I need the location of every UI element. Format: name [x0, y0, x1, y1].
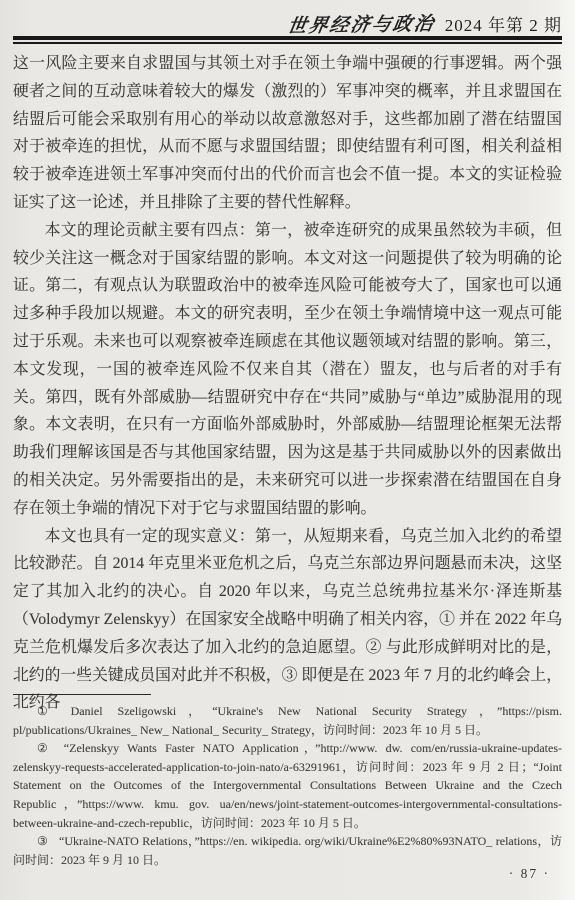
journal-title-calligraphy: 世界经济与政治 [285, 9, 437, 39]
header-divider-thick-line [13, 36, 562, 40]
footnote-item: ②“Zelenskyy Wants Faster NATO Applicatio… [13, 739, 562, 832]
header-divider-thin-line [13, 42, 562, 44]
page-header: 世界经济与政治2024 年第 2 期 [13, 10, 562, 37]
body-paragraph: 这一风险主要来自求盟国与其领土对手在领土争端中强硬的行事逻辑。两个强硬者之间的互… [13, 50, 562, 217]
body-paragraph: 本文的理论贡献主要有四点：第一，被牵连研究的成果虽然较为丰硕，但较少关注这一概念… [13, 217, 562, 523]
footnote-marker: ① [37, 704, 60, 718]
footnote-text: Daniel Szeligowski，“Ukraine's New Nation… [13, 704, 562, 737]
footnote-text: “Zelenskyy Wants Faster NATO Application… [13, 741, 562, 829]
issue-label: 2024 年第 2 期 [445, 11, 562, 36]
footnotes-block: ①Daniel Szeligowski，“Ukraine's New Natio… [13, 702, 562, 869]
footnote-text: “Ukraine-NATO Relations，”https://en. wik… [13, 834, 562, 867]
footnote-marker: ③ [37, 834, 48, 848]
article-body: 这一风险主要来自求盟国与其领土对手在领土争端中强硬的行事逻辑。两个强硬者之间的互… [13, 50, 562, 717]
footnote-item: ①Daniel Szeligowski，“Ukraine's New Natio… [13, 702, 562, 739]
page-number: · 87 · [509, 866, 550, 882]
body-paragraph: 本文也具有一定的现实意义：第一，从短期来看，乌克兰加入北约的希望比较渺茫。自 2… [13, 523, 562, 718]
footnote-separator-line [13, 694, 151, 695]
footnote-item: ③“Ukraine-NATO Relations，”https://en. wi… [13, 832, 562, 869]
footnote-marker: ② [37, 741, 53, 755]
header-divider [13, 36, 562, 46]
journal-page: 世界经济与政治2024 年第 2 期 这一风险主要来自求盟国与其领土对手在领土争… [0, 0, 575, 900]
